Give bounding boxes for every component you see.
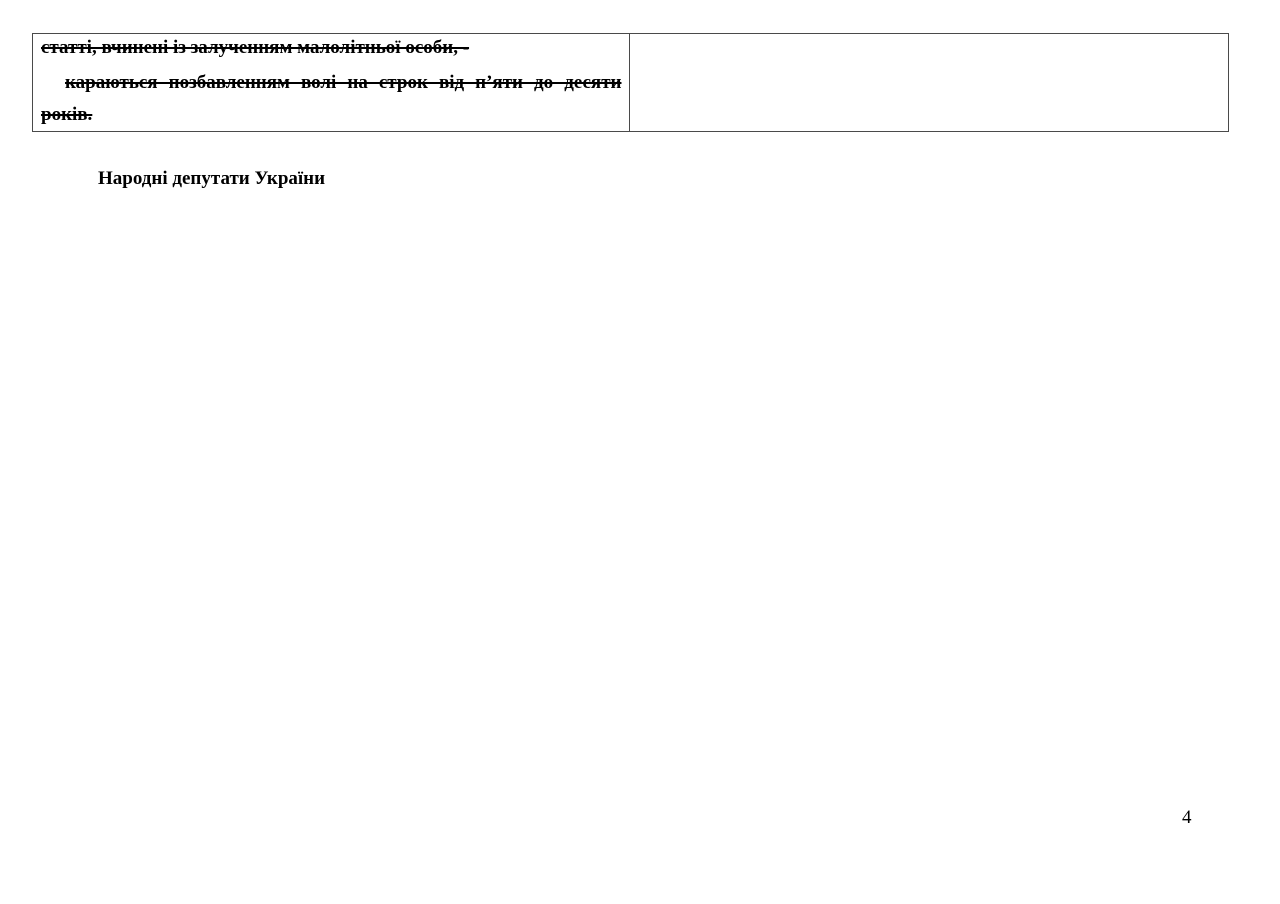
table-cell-proposed-version (630, 34, 1229, 132)
signature-line: Народні депутати України (98, 168, 325, 190)
struck-text-block: статті, вчинені із залученням малолітньо… (33, 34, 629, 131)
table-cell-current-version: статті, вчинені із залученням малолітньо… (33, 34, 630, 132)
paragraph: статті, вчинені із залученням малолітньо… (41, 35, 621, 61)
paragraph: караються позбавленням волі на строк від… (41, 67, 621, 131)
table-row: статті, вчинені із залученням малолітньо… (33, 34, 1229, 132)
page-number: 4 (1182, 807, 1192, 829)
empty-cell-content (630, 34, 1228, 35)
comparison-table: статті, вчинені із залученням малолітньо… (32, 33, 1229, 132)
